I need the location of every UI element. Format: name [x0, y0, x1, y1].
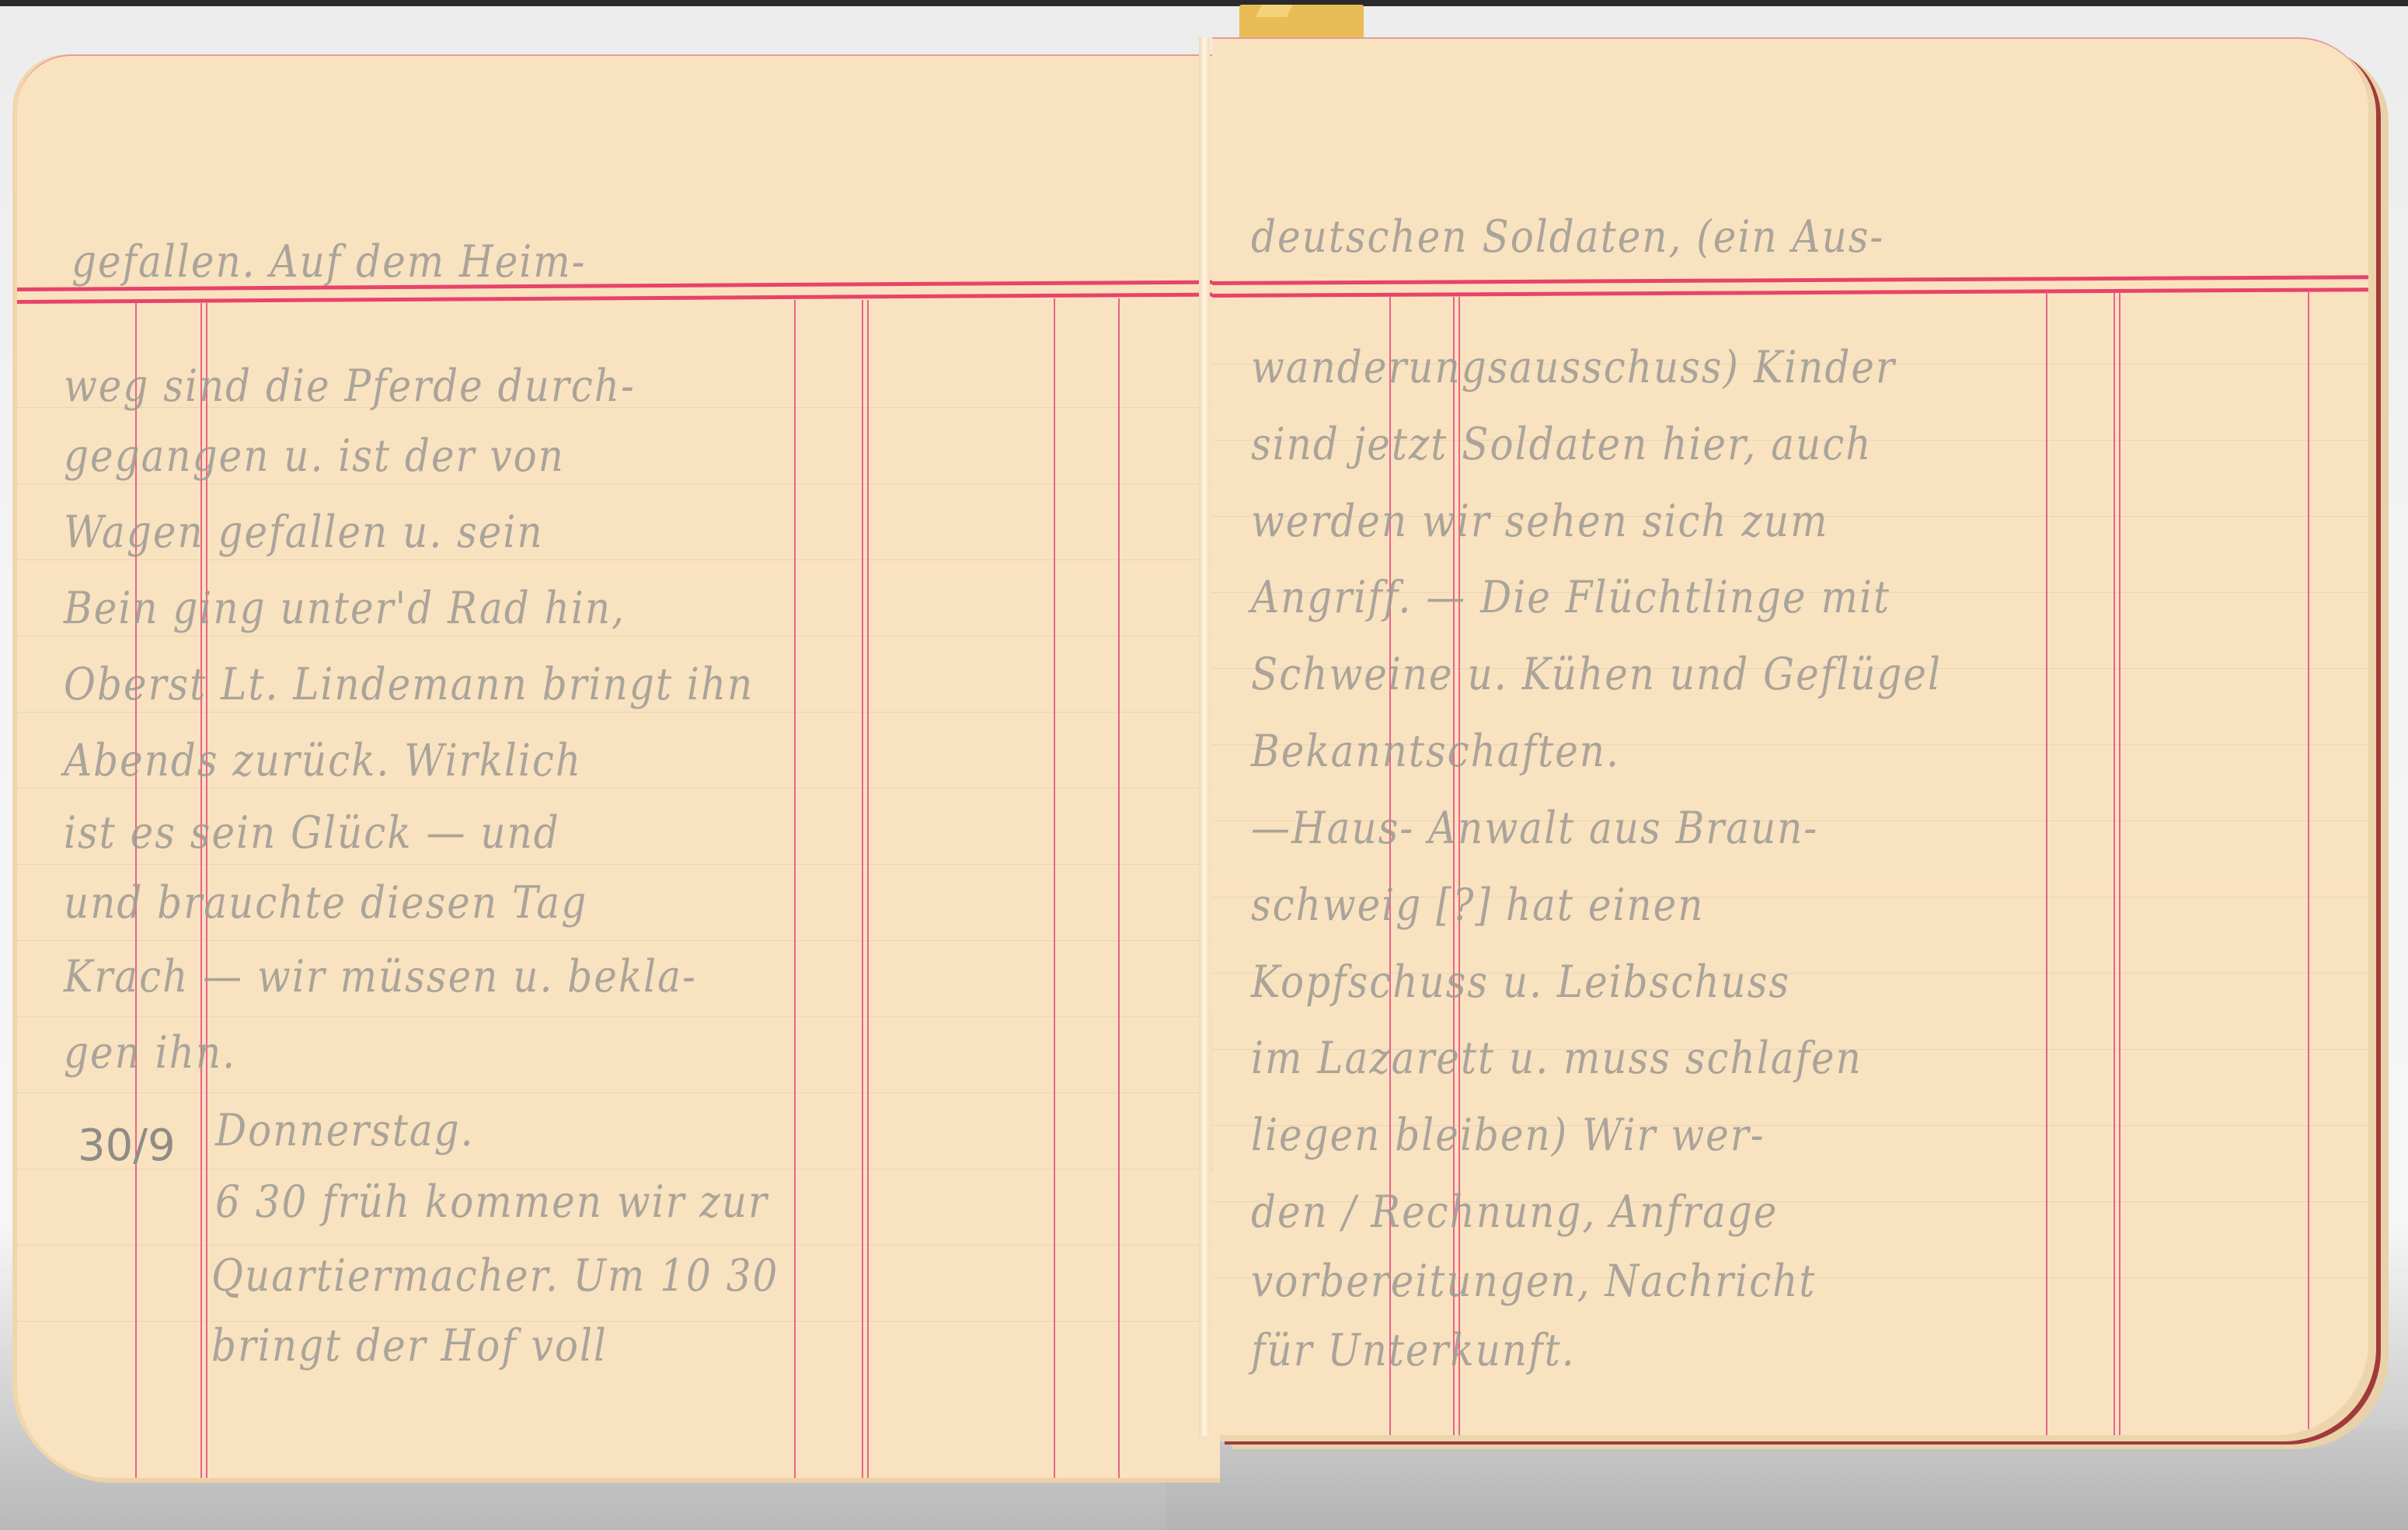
scanner-edge-bar	[0, 0, 2408, 6]
ruled-line	[17, 559, 1220, 560]
handwritten-line: Kopfschuss u. Leibschuss	[1251, 956, 1790, 1008]
handwritten-line: gegangen u. ist der von	[64, 430, 565, 482]
handwritten-line: deutschen Soldaten, (ein Aus-	[1251, 211, 1884, 263]
handwritten-line: vorbereitungen, Nachricht	[1251, 1255, 1816, 1307]
handwritten-line: und brauchte diesen Tag	[64, 877, 587, 929]
column-rule	[2046, 292, 2047, 1435]
ruled-line	[17, 788, 1220, 789]
ruled-line	[17, 636, 1220, 636]
column-rule	[794, 300, 796, 1478]
handwritten-line: gen ihn.	[64, 1026, 236, 1079]
header-rule-top	[1212, 275, 2368, 285]
handwritten-line: bringt der Hof voll	[211, 1319, 608, 1371]
book-gutter	[1199, 37, 1210, 1436]
handwritten-line: wanderungsausschuss) Kinder	[1251, 341, 1896, 393]
ruled-line	[17, 1245, 1220, 1246]
column-rule	[867, 300, 869, 1478]
handwritten-line: sind jetzt Soldaten hier, auch	[1251, 418, 1872, 470]
right-page: deutschen Soldaten, (ein Aus- wanderungs…	[1212, 37, 2368, 1435]
ruled-line	[17, 1169, 1220, 1169]
handwritten-line: gefallen. Auf dem Heim-	[71, 235, 587, 288]
handwritten-line: Schweine u. Kühen und Geflügel	[1251, 648, 1942, 700]
table-shadow	[1166, 1430, 2408, 1530]
handwritten-line: für Unterkunft.	[1251, 1324, 1576, 1376]
handwritten-line: liegen bleiben) Wir wer-	[1251, 1109, 1765, 1161]
handwritten-line: Angriff. — Die Flüchtlinge mit	[1251, 571, 1891, 623]
handwritten-line: Krach — wir müssen u. bekla-	[64, 950, 697, 1002]
yellow-bookmark-tab	[1239, 5, 1364, 37]
ruled-line	[17, 1016, 1220, 1017]
handwritten-line: Bekanntschaften.	[1251, 725, 1620, 777]
handwritten-line: Wagen gefallen u. sein	[64, 506, 544, 558]
column-rule	[2119, 292, 2121, 1435]
handwritten-line: Oberst Lt. Lindemann bringt ihn	[64, 658, 754, 710]
margin-date: 30/9	[78, 1120, 176, 1171]
handwritten-line: den / Rechnung, Anfrage	[1251, 1186, 1778, 1238]
handwritten-line: Abends zurück. Wirklich	[64, 734, 582, 786]
handwritten-line: werden wir sehen sich zum	[1251, 495, 1828, 547]
column-rule	[862, 300, 863, 1478]
handwritten-line: —Haus- Anwalt aus Braun-	[1251, 802, 1818, 854]
handwritten-line: 6 30 früh kommen wir zur	[215, 1176, 768, 1228]
ruled-line	[17, 483, 1220, 484]
handwritten-line: schweig [?] hat einen	[1251, 879, 1704, 931]
ruled-line	[17, 1321, 1220, 1322]
handwritten-line: Donnerstag.	[215, 1104, 475, 1156]
handwritten-line: ist es sein Glück — und	[64, 807, 560, 859]
handwritten-line: weg sind die Pferde durch-	[64, 360, 636, 412]
left-page: gefallen. Auf dem Heim- weg sind die Pfe…	[17, 54, 1220, 1478]
ruled-line	[17, 940, 1220, 941]
column-rule	[2308, 291, 2309, 1435]
column-rule	[1118, 298, 1120, 1478]
ruled-line	[17, 1093, 1220, 1093]
header-rule-bottom	[17, 293, 1220, 304]
header-rule-bottom	[1212, 288, 2368, 298]
handwritten-line: Bein ging unter'd Rad hin,	[64, 582, 626, 634]
ruled-line	[17, 864, 1220, 865]
column-rule	[1054, 298, 1055, 1478]
handwritten-line: im Lazarett u. muss schlafen	[1251, 1032, 1863, 1084]
ruled-line	[17, 712, 1220, 713]
handwritten-line: Quartiermacher. Um 10 30	[211, 1249, 779, 1302]
column-rule	[2114, 292, 2115, 1435]
